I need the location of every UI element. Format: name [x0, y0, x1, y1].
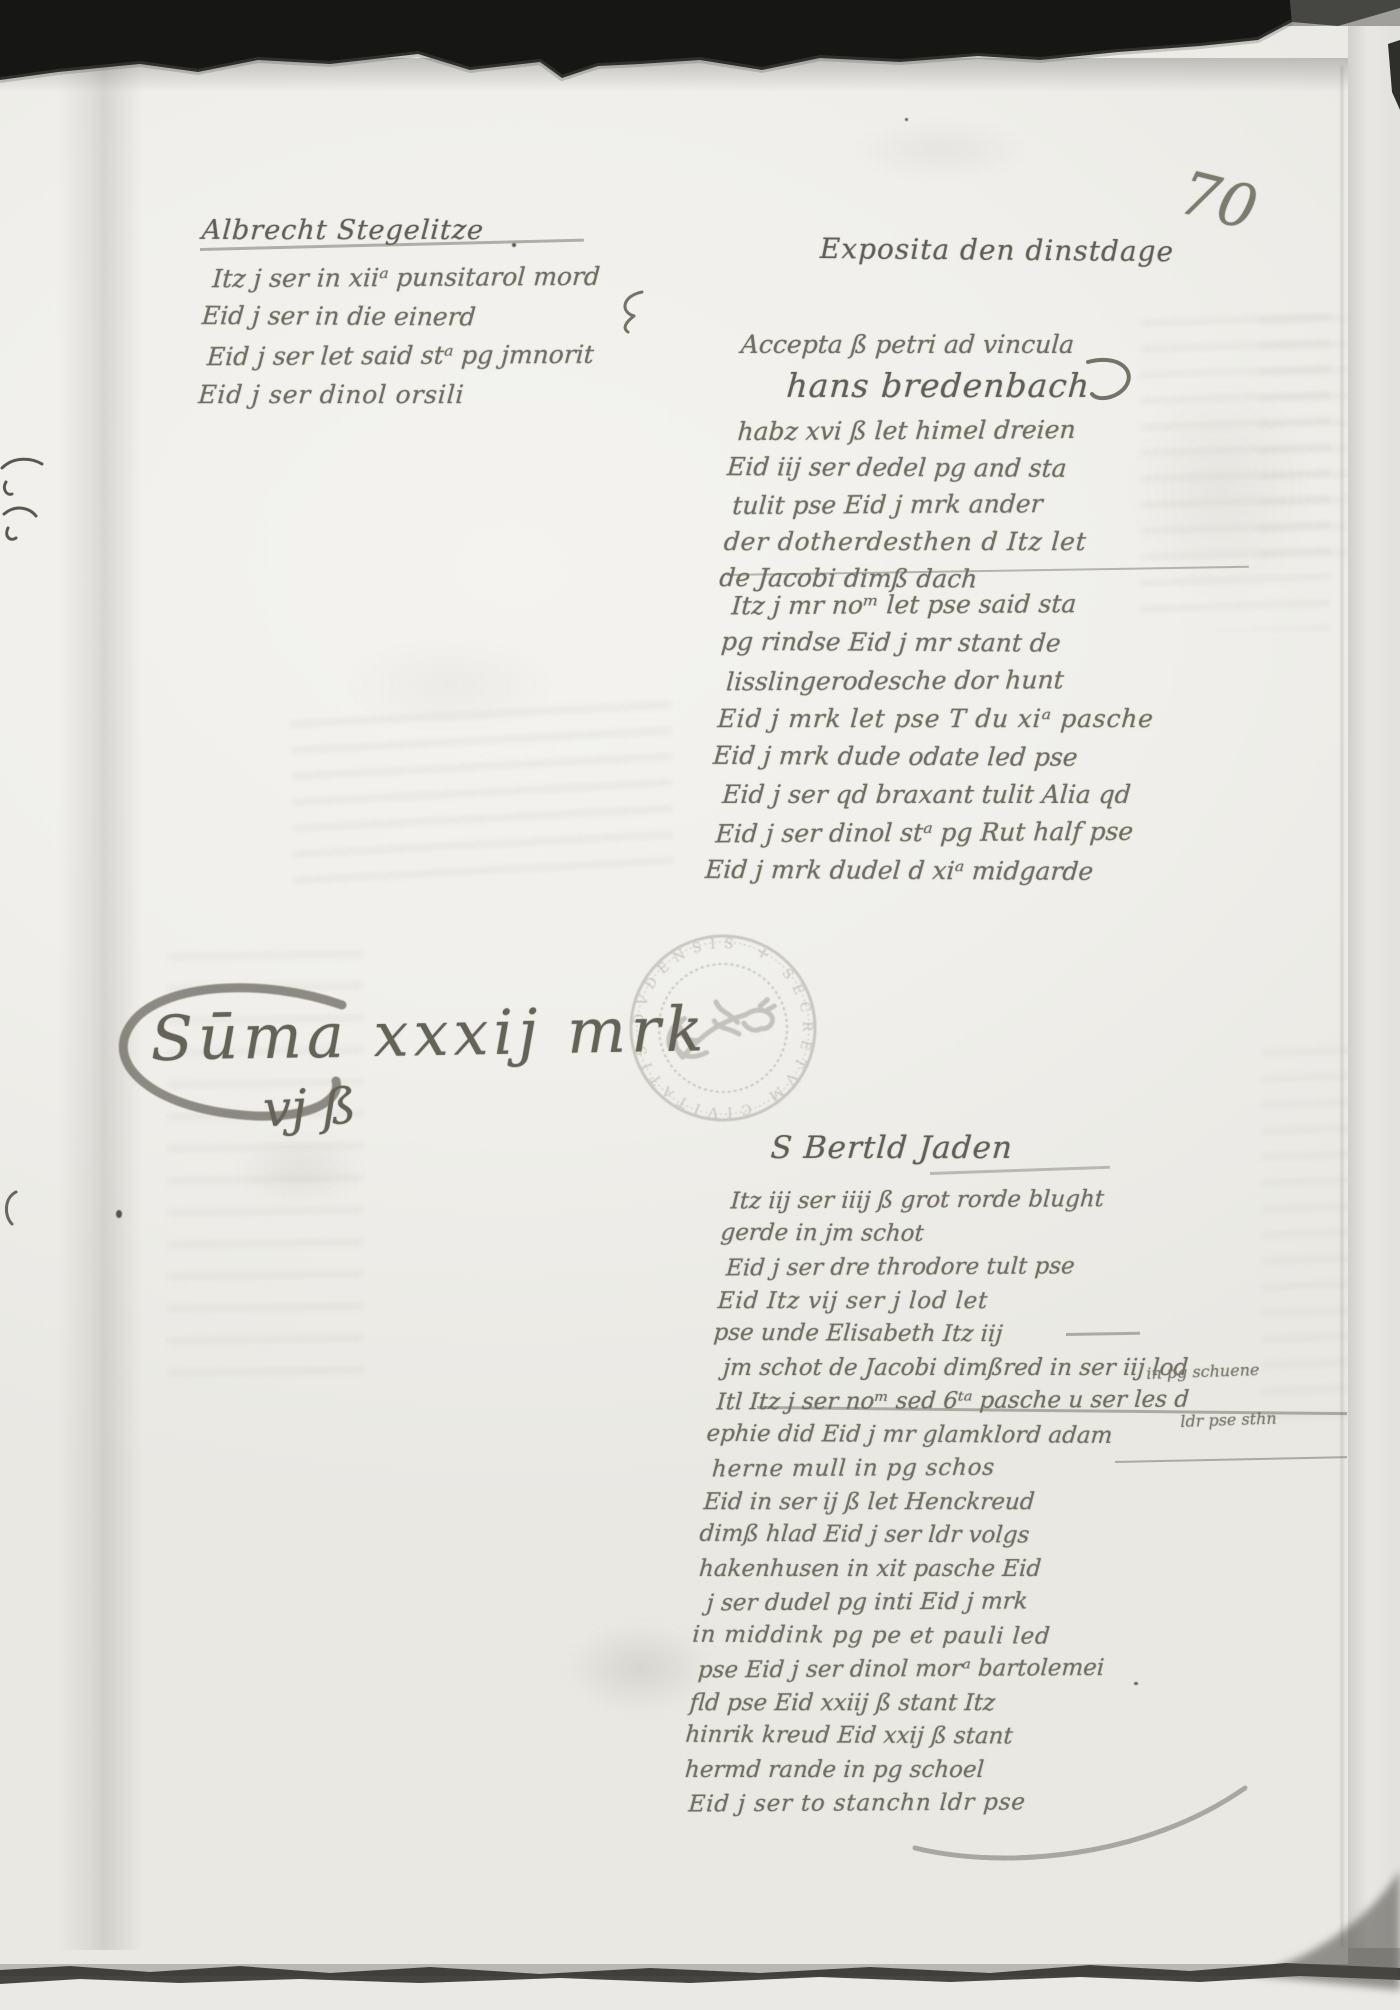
book-bottom-edge [0, 1946, 1400, 2010]
bleedthrough-area [1262, 1030, 1362, 1430]
under-page-edge [1348, 24, 1400, 1948]
summa-shillings-line: vj ß [262, 1077, 357, 1138]
entry2-lines: Itz iij ser iiij ß grot rorde blughtgerd… [681, 1184, 1204, 1821]
ink-speck [512, 243, 516, 247]
manuscript-line: j ser dudel pg inti Eid j mrk [706, 1585, 1177, 1621]
manuscript-line: Eid j mrk dude odate led pse [712, 737, 1153, 777]
interlinear-note: in pg schuene [1146, 1360, 1260, 1383]
manuscript-line: lisslingerodesche dor hunt [725, 661, 1158, 702]
manuscript-scan: ✛ SECRETVM CIVITATIS DVDENSIS 70 Albrech… [0, 0, 1400, 2010]
manuscript-line: habz xvi ß let himel dreien [736, 411, 1095, 450]
manuscript-line: Eid in ser ij ß let Henckreud [703, 1486, 1184, 1520]
entry1-lines-continued: Itz j mr noᵐ let pse said stapg rindse E… [706, 586, 1163, 890]
manuscript-line: Eid j ser dinol stᵃ pg Rut half pse [714, 813, 1147, 854]
manuscript-line: Eid j mrk let pse T du xiᵃ pasche [716, 700, 1155, 738]
page-fold-shadow [58, 60, 142, 1950]
manuscript-line: pse Eid j ser dinol morᵃ bartolemei [697, 1652, 1172, 1688]
manuscript-line: pg rindse Eid j mr stant de [720, 623, 1161, 663]
accepta-line: Accepta ß petri ad vincula [740, 330, 1075, 359]
closing-flourish [905, 1778, 1265, 1878]
manuscript-line: Itz iij ser iiij ß grot rorde blught [730, 1183, 1205, 1219]
manuscript-line: jm schot de Jacobi dimßred in ser iij lo… [722, 1352, 1193, 1386]
manuscript-line: herne mull in pg schos [711, 1451, 1186, 1487]
manuscript-line: Eid j ser dre throdore tult pse [725, 1250, 1200, 1286]
book-top-edge [0, 0, 1400, 120]
paraph-flourish [1078, 352, 1148, 412]
manuscript-line: ephie did Eid j mr glamklord adam [705, 1417, 1188, 1453]
manuscript-line: Eid Itz vij ser j lod let [717, 1285, 1198, 1319]
entry2-heading: S Bertld Jaden [769, 1130, 1014, 1166]
manuscript-line: in middink pg pe et pauli led [691, 1618, 1174, 1654]
manuscript-line: Eid j ser in die einerd [201, 296, 599, 337]
manuscript-line: hakenhusen in xit pasche Eid [698, 1553, 1179, 1587]
manuscript-line: gerde in jm schot [719, 1216, 1202, 1252]
manuscript-line: Itl Itz j ser noᵐ sed 6ᵗᵃ pasche u ser l… [716, 1384, 1191, 1420]
manuscript-line: tulit pse Eid j mrk ander [731, 485, 1090, 524]
paper-stain [300, 620, 600, 750]
margin-fragment [0, 448, 48, 548]
right-column-heading: Exposita den dinstdage [820, 232, 1175, 268]
manuscript-line: dimß hlad Eid j ser ldr volgs [698, 1518, 1181, 1554]
left-entry-lines: Itz j ser in xiiᵃ punsitarol mordEid j s… [197, 258, 601, 414]
manuscript-line: Itz j ser in xiiᵃ punsitarol mord [211, 257, 601, 298]
paper-stain [820, 110, 1060, 190]
manuscript-line: der dotherdesthen d Itz let [723, 523, 1088, 560]
manuscript-line: hinrik kreud Eid xxij ß stant [684, 1719, 1167, 1755]
manuscript-line: Eid j ser qd braxant tulit Alia qd [721, 776, 1150, 814]
manuscript-line: fld pse Eid xxiij ß stant Itz [689, 1687, 1170, 1721]
manuscript-line: Eid j ser dinol orsili [197, 375, 593, 414]
summa-total-line: Sūma xxxij mrk [150, 992, 709, 1075]
manuscript-line: Eid iij ser dedel pg and sta [726, 448, 1093, 487]
manuscript-line: Itz j mr noᵐ let pse said sta [730, 585, 1163, 626]
bottom-corner-shadow [1230, 1860, 1400, 2010]
page-right-crease [1341, 66, 1343, 1946]
margin-fragment [0, 1188, 24, 1236]
pen-curl [612, 288, 652, 336]
entry1-heading: hans bredenbach [785, 366, 1091, 405]
manuscript-line: Eid j mrk dudel d xiᵃ midgarde [704, 851, 1145, 891]
manuscript-line: Eid j ser let said stᵃ pg jmnorit [206, 335, 596, 376]
